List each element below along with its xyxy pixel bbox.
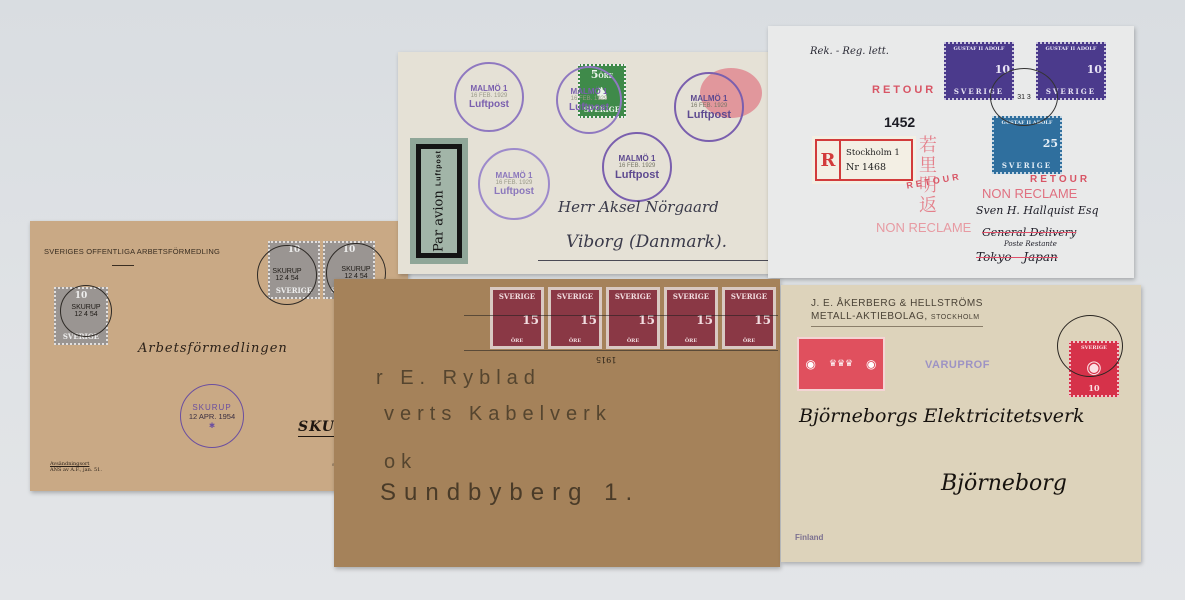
cover-malmo-airmail: Par avion Luftpost 5ÖRE ♞ SVERIGE MALMÖ … (398, 52, 782, 274)
non-reclame-stamp: NON RECLAME (876, 220, 971, 235)
retour-stamp: RETOUR (872, 84, 936, 96)
office-name: Stockholm 1 (846, 148, 911, 158)
address-line: verts Kabelverk (384, 403, 612, 426)
charity-label-stamp: ◉♛♛♛◉ (797, 337, 885, 391)
address-line: ok (384, 451, 417, 474)
postmark: 31 3 (990, 68, 1058, 126)
non-reclame-stamp: NON RECLAME (982, 186, 1077, 201)
company-city: STOCKHOLM (931, 314, 980, 321)
address-line: Björneborg (941, 471, 1067, 496)
cover-stockholm-registered: Rek. - Reg. lett. GUSTAF II ADOLF 10 SVE… (768, 26, 1134, 278)
company-type: METALL-AKTIEBOLAG, (811, 311, 928, 322)
postmark: SKURUP12 4 54 (257, 245, 317, 305)
address-line: Viborg (Danmark). (566, 232, 727, 252)
divider (112, 265, 134, 266)
postmark-malmo: MALMÖ 116 FEB. 1929Luftpost (454, 62, 524, 132)
luftpost-text: Luftpost (436, 150, 443, 186)
retour-stamp: RETOUR (1030, 174, 1090, 185)
postmark-skurup: SKURUP 12 APR. 1954 ✱ (180, 384, 244, 448)
address-line: Sven H. Hallquist Esq (976, 204, 1099, 217)
postmark-malmo: MALMÖ 116 FEB. 1929Luftpost (602, 132, 672, 202)
tracking-number: 1452 (884, 114, 915, 130)
addressee: Arbetsförmedlingen (138, 341, 288, 356)
address-line: Poste Restante (1004, 240, 1057, 248)
postmark-malmo: MALMÖ 116 FEB. 1929Luftpost (478, 148, 550, 220)
address-line: Tokyo - Japan (976, 250, 1058, 264)
par-avion-text: Par avion (432, 190, 447, 252)
varuprof-stamp: VARUPROF (925, 359, 990, 371)
machine-cancel (464, 315, 778, 351)
registered-r: R (817, 141, 841, 179)
airmail-label: Par avion Luftpost (410, 138, 468, 264)
postmark: SKURUP12 4 54 (60, 285, 112, 337)
address-line: Sundbyberg 1. (380, 479, 640, 507)
country-label: Finland (795, 533, 823, 542)
registered-note: Rek. - Reg. lett. (810, 46, 889, 57)
address-line: Björneborgs Elektricitetsverk (799, 405, 1085, 427)
registration-number: Nr 1468 (846, 162, 911, 173)
footer-left: Avsändningsort ANS av A.F., jan. 51. (50, 461, 102, 473)
postmark-malmo: MALMÖ 116 FEB. 1929Luftpost (556, 66, 622, 134)
cancel-year: 1915 (596, 355, 616, 364)
postmark (1057, 315, 1123, 377)
cover-header: SVERIGES OFFENTLIGA ARBETSFÖRMEDLING (44, 247, 220, 256)
registration-label: R Stockholm 1 Nr 1468 (812, 136, 916, 184)
cover-sundbyberg: SVERIGE15ÖRESVERIGE15ÖRESVERIGE15ÖRESVER… (334, 279, 780, 567)
address-line: General Delivery (982, 226, 1076, 239)
postmark-malmo: MALMÖ 116 FEB. 1929Luftpost (674, 72, 744, 142)
address-line: r E. Ryblad (376, 367, 541, 390)
company-name: J. E. ÅKERBERG & HELLSTRÖMS (811, 297, 983, 310)
underline (538, 260, 776, 261)
cover-akerberg: J. E. ÅKERBERG & HELLSTRÖMS METALL-AKTIE… (781, 285, 1141, 562)
address-line: Herr Aksel Nörgaard (558, 198, 719, 216)
company-letterhead: J. E. ÅKERBERG & HELLSTRÖMS METALL-AKTIE… (811, 297, 983, 327)
